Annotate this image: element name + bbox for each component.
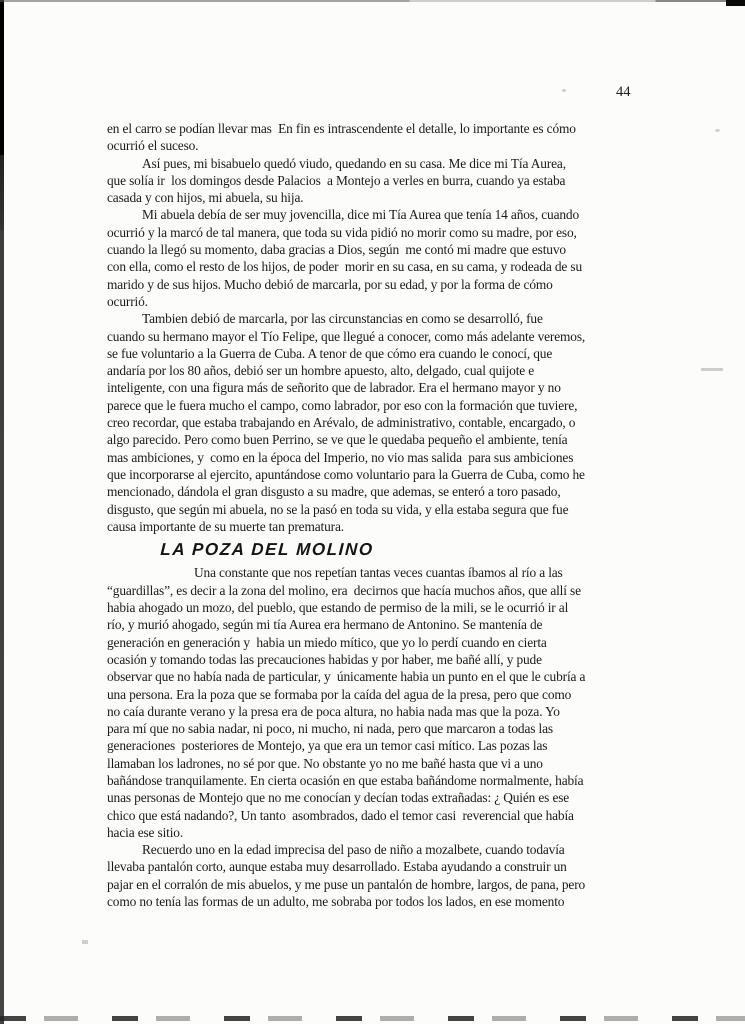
scan-speck [82, 940, 88, 944]
text-line: una persona. Era la poza que se formaba … [107, 686, 663, 703]
text-line: con ella, como el resto de los hijos, de… [107, 258, 663, 275]
text-line: chico que está nadando?, Un tanto asombr… [107, 807, 663, 824]
scan-speck [701, 368, 723, 371]
paragraph: Recuerdo uno en la edad imprecisa del pa… [107, 841, 663, 910]
top-right-corner-artifact [726, 0, 745, 6]
text-line: cuando la llegó su momento, daba gracias… [107, 241, 663, 258]
paragraph: Mi abuela debía de ser muy jovencilla, d… [107, 206, 663, 310]
text-line: llevaba pantalón corto, aunque estaba mu… [107, 858, 663, 875]
text-line: río, y murió ahogado, según mi tía Aurea… [107, 616, 663, 633]
text-line: Mi abuela debía de ser muy jovencilla, d… [107, 206, 663, 223]
text-line: hacia ese sitio. [107, 824, 663, 841]
text-line: marido y de sus hijos. Mucho debió de ma… [107, 276, 663, 293]
text-line: Así pues, mi bisabuelo quedó viudo, qued… [107, 155, 663, 172]
text-line: creo recordar, que estaba trabajando en … [107, 414, 663, 431]
text-line: que incorporarse al ejercito, apuntándos… [107, 466, 663, 483]
text-line: andaría por los 80 años, debió ser un ho… [107, 362, 663, 379]
scan-speck [715, 129, 720, 132]
text-line: habia ahogado un mozo, del pueblo, que e… [107, 599, 663, 616]
text-line: ocurrió. [107, 293, 663, 310]
text-line: Recuerdo uno en la edad imprecisa del pa… [107, 841, 663, 858]
paragraph: Así pues, mi bisabuelo quedó viudo, qued… [107, 155, 663, 207]
text-line: unas personas de Montejo que no me conoc… [107, 789, 663, 806]
text-line: ocasión y tomando todas las precauciones… [107, 651, 663, 668]
text-line: casada y con hijos, mi abuela, su hija. [107, 189, 663, 206]
top-edge-scan-artifact [0, 0, 745, 2]
text-line: observar que no había nada de particular… [107, 668, 663, 685]
text-line: bañándose tranquilamente. En cierta ocas… [107, 772, 663, 789]
text-line: mas ambiciones, y como en la época del I… [107, 449, 663, 466]
text-line: Tambien debió de marcarla, por las circu… [107, 310, 663, 327]
text-line: disgusto, que según mi abuela, no se la … [107, 501, 663, 518]
page-number: 44 [616, 84, 631, 101]
text-line: generación en generación y habia un mied… [107, 634, 663, 651]
text-line: ocurrió el suceso. [107, 137, 663, 154]
text-line: se fue voluntario a la Guerra de Cuba. A… [107, 345, 663, 362]
scan-speck [562, 89, 566, 92]
paragraph: en el carro se podían llevar mas En fin … [107, 120, 663, 155]
text-line: Una constante que nos repetían tantas ve… [107, 564, 663, 581]
text-line: “guardillas”, es decir a la zona del mol… [107, 582, 663, 599]
text-line: causa importante de su muerte tan premat… [107, 518, 663, 535]
paragraph: Una constante que nos repetían tantas ve… [107, 564, 663, 841]
text-line: en el carro se podían llevar mas En fin … [107, 120, 663, 137]
paragraph: Tambien debió de marcarla, por las circu… [107, 310, 663, 535]
text-line: pajar en el corralón de mis abuelos, y m… [107, 876, 663, 893]
text-line: inteligente, con una figura más de señor… [107, 379, 663, 396]
text-line: que solía ir los domingos desde Palacios… [107, 172, 663, 189]
text-line: ocurrió y la marcó de tal manera, que to… [107, 224, 663, 241]
text-line: como no tenía las formas de un adulto, m… [107, 893, 663, 910]
text-line: no caía durante verano y la presa era de… [107, 703, 663, 720]
text-line: llamaban los ladrones, no sé por que. No… [107, 755, 663, 772]
text-line: parece que le fuera mucho el campo, como… [107, 397, 663, 414]
text-line: cuando su hermano mayor el Tío Felipe, q… [107, 328, 663, 345]
text-line: para mí que no sabia nadar, ni poco, ni … [107, 720, 663, 737]
bottom-edge-scan-artifact [0, 1016, 745, 1021]
text-line: algo parecido. Pero como buen Perrino, s… [107, 431, 663, 448]
text-line: mencionado, dándola el gran disgusto a s… [107, 483, 663, 500]
text-line: generaciones posteriores de Montejo, ya … [107, 737, 663, 754]
text-body: en el carro se podían llevar mas En fin … [107, 120, 663, 910]
left-edge-scan-artifact [0, 0, 4, 1024]
section-heading: LA POZA DEL MOLINO [160, 541, 664, 559]
